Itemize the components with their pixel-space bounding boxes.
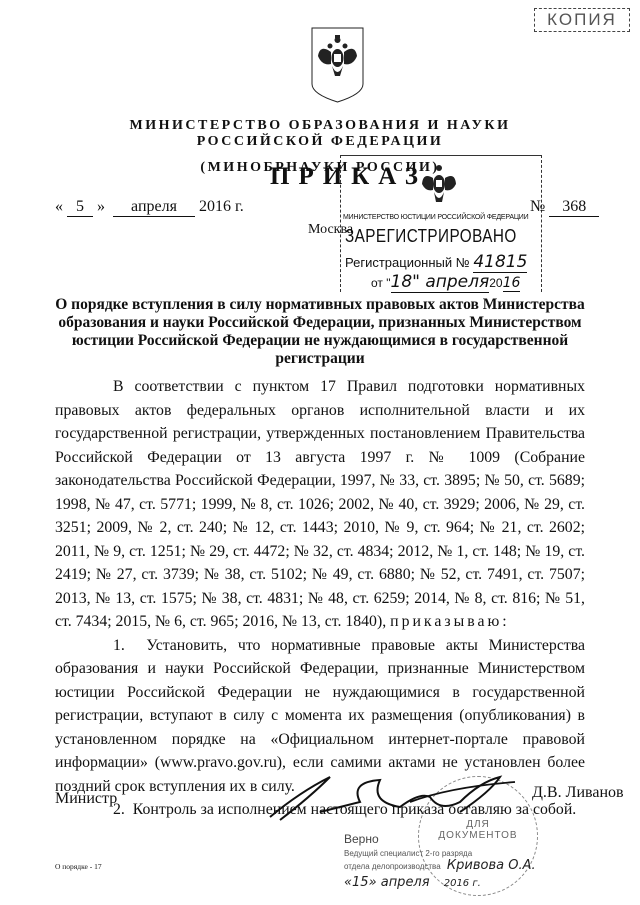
certifier-department: отдела делопроизводства: [344, 862, 441, 871]
footer-reference: О порядке - 17: [55, 862, 102, 871]
stamp-registration-number: Регистрационный № 41815: [345, 252, 527, 272]
reg-number-label: Регистрационный №: [345, 255, 470, 270]
order-date: « 5 » апреля 2016 г.: [55, 198, 244, 217]
date-open-quote: «: [55, 198, 63, 215]
stamp-ministry-name: МИНИСТЕРСТВО ЮСТИЦИИ РОССИЙСКОЙ ФЕДЕРАЦИ…: [343, 214, 528, 221]
stamp-registration-date: от "18" апреля2016: [371, 272, 520, 292]
ministry-name-line1: МИНИСТЕРСТВО ОБРАЗОВАНИЯ И НАУКИ: [0, 118, 640, 134]
stamp-registered-label: ЗАРЕГИСТРИРОВАНО: [345, 226, 517, 247]
order-number-value: 368: [549, 198, 599, 217]
certification-date: «15» апреля 2016 г.: [344, 875, 536, 890]
preamble-text: В соответствии с пунктом 17 Правил подго…: [55, 378, 585, 630]
date-year: 2016 г.: [199, 198, 244, 215]
date-close-quote: »: [97, 198, 105, 215]
signatory-name: Д.В. Ливанов: [532, 784, 624, 802]
reg-date-prefix: от ": [371, 276, 391, 290]
certification-block: Верно Ведущий специалист 2-го разряда от…: [344, 832, 536, 890]
certifier-position-line2: отдела делопроизводства Кривова О.А.: [344, 858, 536, 873]
order-subject: О порядке вступления в силу нормативных …: [55, 296, 585, 368]
certification-date-day-month: «15» апреля: [344, 875, 430, 890]
date-month: апреля: [113, 198, 195, 217]
certifier-signature: Кривова О.А.: [447, 858, 536, 873]
handwritten-signature-icon: [260, 772, 520, 822]
signatory-title: Министр: [55, 790, 117, 808]
coat-of-arms-icon: [310, 26, 365, 104]
order-number: № 368: [530, 198, 599, 217]
ministry-name-line2: РОССИЙСКОЙ ФЕДЕРАЦИИ: [0, 134, 640, 150]
order-word: приказываю:: [390, 613, 510, 630]
item-1-text: Установить, что нормативные правовые акт…: [55, 637, 585, 795]
item-1-number: 1.: [113, 637, 125, 654]
certifier-position-line1: Ведущий специалист 2-го разряда: [344, 849, 536, 858]
certification-date-year: 2016 г.: [444, 878, 481, 889]
reg-number-value: 41815: [473, 252, 527, 273]
date-day: 5: [67, 198, 93, 217]
reg-date-year-prefix: 20: [489, 276, 502, 290]
preamble-paragraph: В соответствии с пунктом 17 Правил подго…: [55, 375, 585, 634]
reg-date-handwritten: 18" апреля: [391, 272, 490, 293]
order-body: В соответствии с пунктом 17 Правил подго…: [55, 375, 585, 822]
verno-label: Верно: [344, 832, 536, 846]
order-number-label: №: [530, 198, 545, 215]
city-label: Москва: [308, 222, 353, 238]
reg-date-year-hand: 16: [503, 275, 521, 292]
document-type-title: ПРИКАЗ: [270, 163, 427, 191]
copy-stamp: КОПИЯ: [534, 8, 630, 32]
